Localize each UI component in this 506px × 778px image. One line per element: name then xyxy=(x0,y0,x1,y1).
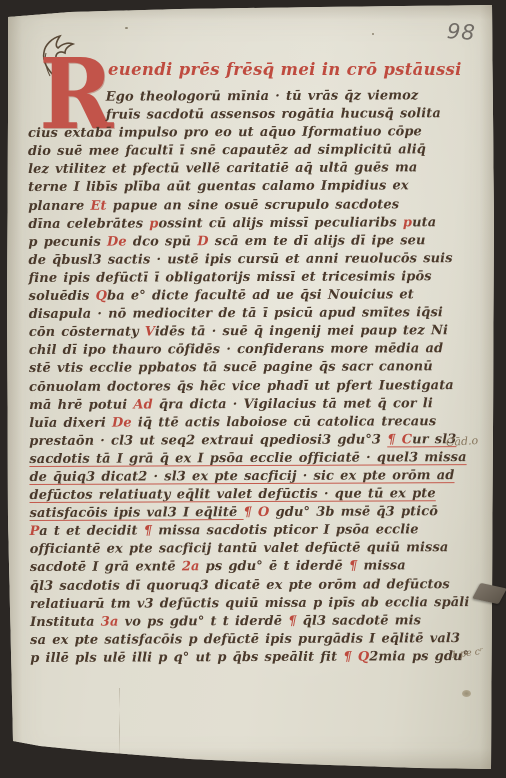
ink-text: papue an sine osuē scrupulo sacdotes xyxy=(107,197,400,213)
ink-speck xyxy=(372,33,374,35)
ink-text: cius extabā impulso pro eo ut aq̄uo Ifor… xyxy=(28,124,422,141)
text-line: p pecunis De dco spū D scā em te dī alij… xyxy=(28,232,484,252)
text-line: dīna celebrātes possint cū alijs missī p… xyxy=(28,214,484,234)
rubricated-text: 3a xyxy=(101,614,119,629)
text-line: fruīs sacdotū assensos rogātia hucusq̄ s… xyxy=(106,105,484,125)
ink-text: planare xyxy=(28,198,90,213)
ink-text: ps gdu° ē t iderdē xyxy=(199,559,349,575)
ink-text: dio suē mee facultī ī snē capautēz ad si… xyxy=(28,143,426,160)
ink-text: q̄l3 sacdotē mis xyxy=(297,613,422,629)
rubricated-text: 2a xyxy=(182,560,200,575)
stain-mark xyxy=(462,690,471,697)
rubricated-text: ¶ O xyxy=(243,505,269,520)
rubricated-text: ¶ xyxy=(288,614,296,629)
ink-text: defūctos relatiuaty eq̄lit valet defūcti… xyxy=(29,486,435,503)
text-line: defūctos relatiuaty eq̄lit valet defūcti… xyxy=(29,485,485,505)
text-line: sa ex pte satisfacōis p defūctē ipis pur… xyxy=(30,630,486,650)
text-line: dio suē mee facultī ī snē capautēz ad si… xyxy=(28,141,484,161)
ink-text: mā hrē potui xyxy=(29,397,133,412)
ink-text: de q̄busl3 sactis · ustē ipis cursū et a… xyxy=(28,251,452,268)
text-line: planare Et papue an sine osuē scrupulo s… xyxy=(28,196,484,216)
rubricated-text: De xyxy=(112,415,132,430)
ink-text: missa sacdotis pticor I psōa ecclie xyxy=(152,523,419,539)
rubricated-text: V xyxy=(145,325,155,340)
ink-speck xyxy=(125,27,128,29)
ink-text: missa xyxy=(357,559,405,574)
ink-text: Instituta xyxy=(30,614,101,629)
text-line: q̄l3 sacdotis dī quoruq3 dicatē ex pte o… xyxy=(30,576,486,596)
text-line: sacdotis tā I grā q̄ ex I psōa ecclie of… xyxy=(29,449,485,469)
text-line: Instituta 3a vo ps gdu° t t iderdē ¶ q̄l… xyxy=(30,612,486,632)
ink-text: ossint cū alijs missī peculiaribs xyxy=(158,215,402,231)
folio-number: 98 xyxy=(446,19,476,45)
rubricated-text: P xyxy=(30,524,40,539)
ink-text: sa ex pte satisfacōis p defūctē ipis pur… xyxy=(30,631,460,648)
ink-text: p pecunis xyxy=(28,234,107,249)
ink-text: luīa dixeri xyxy=(29,415,112,430)
ink-text: de q̄uiq3 dicat2 · sl3 ex pte sacficij ·… xyxy=(29,468,454,485)
ink-text: scā em te dī alijs dī ipe seu xyxy=(209,233,426,249)
text-line: Pa t et decidit ¶ missa sacdotis pticor … xyxy=(30,521,486,541)
ink-text: a t et decidit xyxy=(39,524,144,539)
ink-text: Ego theologorū mīnia · tū vrās q̄z viemo… xyxy=(106,88,419,104)
text-line: mā hrē potui Ad q̄ra dicta · Vigilacius … xyxy=(29,395,485,415)
ink-text: prestaōn · cl3 ut seq2 extraui qpediosi3… xyxy=(29,432,387,449)
text-line: stē vtis ecclie ppbatos tā sucē pagine q… xyxy=(29,358,485,378)
text-line: Ego theologorū mīnia · tū vrās q̄z viemo… xyxy=(106,87,484,107)
ink-text: fine ipis defūctī ī obligatorijs missī e… xyxy=(29,269,432,286)
text-line: lez vtilitez et pfectū vellē caritatiē a… xyxy=(28,159,484,179)
ink-text: q̄ra dicta · Vigilacius tā met q̄ cor li xyxy=(153,396,433,412)
text-line: officiantē ex pte sacficij tantū valet d… xyxy=(30,539,486,559)
rubricated-text: De xyxy=(107,234,127,249)
text-line: de q̄busl3 sactis · ustē ipis cursū et a… xyxy=(28,250,484,270)
text-line: cōnuolam doctores q̄s hēc vice phadī ut … xyxy=(29,377,485,397)
ink-text: cōnuolam doctores q̄s hēc vice phadī ut … xyxy=(29,378,454,395)
rubricated-text: p xyxy=(149,216,158,231)
text-line: terne I libīs plība aūt guentas calamo I… xyxy=(28,177,484,197)
ink-text: soluēdis xyxy=(29,289,96,304)
ink-text: gdu° 3b msē q̄3 pticō xyxy=(269,504,438,520)
ink-text: disapula · nō mediociter de tā ī psicū a… xyxy=(29,305,443,322)
rubric-heading: euendi prēs frēsq̄ mei in crō pstāussi xyxy=(108,60,483,79)
text-block: Ego theologorū mīnia · tū vrās q̄z viemo… xyxy=(28,87,487,668)
rubricated-text: Ad xyxy=(133,397,152,412)
ink-text: terne I libīs plība aūt guentas calamo I… xyxy=(28,179,409,196)
ink-text: sacdotis tā I grā q̄ ex I psōa ecclie of… xyxy=(29,450,466,467)
text-line: prestaōn · cl3 ut seq2 extraui qpediosi3… xyxy=(29,431,485,451)
rubricated-text: Et xyxy=(90,198,106,213)
rubricated-text: p xyxy=(403,215,412,230)
text-line: soluēdis Qba e° dicte facultē ad ue q̄si… xyxy=(29,286,485,306)
text-line: sacdotē I grā exntē 2a ps gdu° ē t iderd… xyxy=(30,557,486,577)
text-line: chil dī ipo thauro cōfidēs · confiderans… xyxy=(29,340,485,360)
ink-text: lez vtilitez et pfectū vellē caritatiē a… xyxy=(28,161,417,178)
text-line: p illē pls ulē illi p q° ut p q̄bs speāl… xyxy=(30,648,486,668)
ink-text: officiantē ex pte sacficij tantū valet d… xyxy=(30,541,449,558)
text-line: cius extabā impulso pro eo ut aq̄uo Ifor… xyxy=(28,123,484,143)
ink-text: idēs tā · suē q̄ ingenij mei paup tez Ni xyxy=(155,323,448,339)
ink-text: dco spū xyxy=(127,234,198,249)
ink-text: uta xyxy=(412,215,436,230)
text-line: cōn cōsternaty Vidēs tā · suē q̄ ingenij… xyxy=(29,322,485,342)
text-line: de q̄uiq3 dicat2 · sl3 ex pte sacficij ·… xyxy=(29,467,485,487)
text-line: satisfacōis ipis val3 I eq̄litē ¶ O gdu°… xyxy=(30,503,486,523)
ink-text: satisfacōis ipis val3 I eq̄litē xyxy=(30,505,244,521)
ink-text: fruīs sacdotū assensos rogātia hucusq̄ s… xyxy=(106,106,441,122)
ink-text: p illē pls ulē illi p q° ut p q̄bs speāl… xyxy=(30,650,343,666)
ink-text: q̄l3 sacdotis dī quoruq3 dicatē ex pte o… xyxy=(30,577,450,594)
rubricated-text: ¶ xyxy=(349,559,357,574)
rubricated-text: D xyxy=(197,234,208,249)
manuscript-photo: 98 R euendi prēs frēsq̄ mei in crō pstāu… xyxy=(0,0,506,778)
text-line: disapula · nō mediociter de tā ī psicū a… xyxy=(29,304,485,324)
text-line: relatiuarū tm v3 defūctis quiū missa p i… xyxy=(30,594,486,614)
ink-text: chil dī ipo thauro cōfidēs · confiderans… xyxy=(29,341,443,358)
ink-text: iq̄ ttē actis laboiose cū catolica treca… xyxy=(132,414,437,430)
margin-note: Cād.o xyxy=(446,434,479,449)
rubricated-text: ¶ C xyxy=(387,432,412,447)
ink-text: cōn cōsternaty xyxy=(29,325,145,341)
text-line: luīa dixeri De iq̄ ttē actis laboiose cū… xyxy=(29,413,485,433)
ink-text: vo ps gdu° t t iderdē xyxy=(118,614,288,630)
ink-text: relatiuarū tm v3 defūctis quiū missa p i… xyxy=(30,595,469,612)
ink-text: sacdotē I grā exntē xyxy=(30,560,182,576)
ink-text: dīna celebrātes xyxy=(28,216,149,232)
ink-text: stē vtis ecclie ppbatos tā sucē pagine q… xyxy=(29,360,433,377)
rubricated-text: ¶ Q xyxy=(343,649,369,664)
rubricated-text: Q xyxy=(96,289,108,304)
text-line: fine ipis defūctī ī obligatorijs missī e… xyxy=(29,268,485,288)
ink-text: ba e° dicte facultē ad ue q̄si Nouicius … xyxy=(107,287,414,303)
